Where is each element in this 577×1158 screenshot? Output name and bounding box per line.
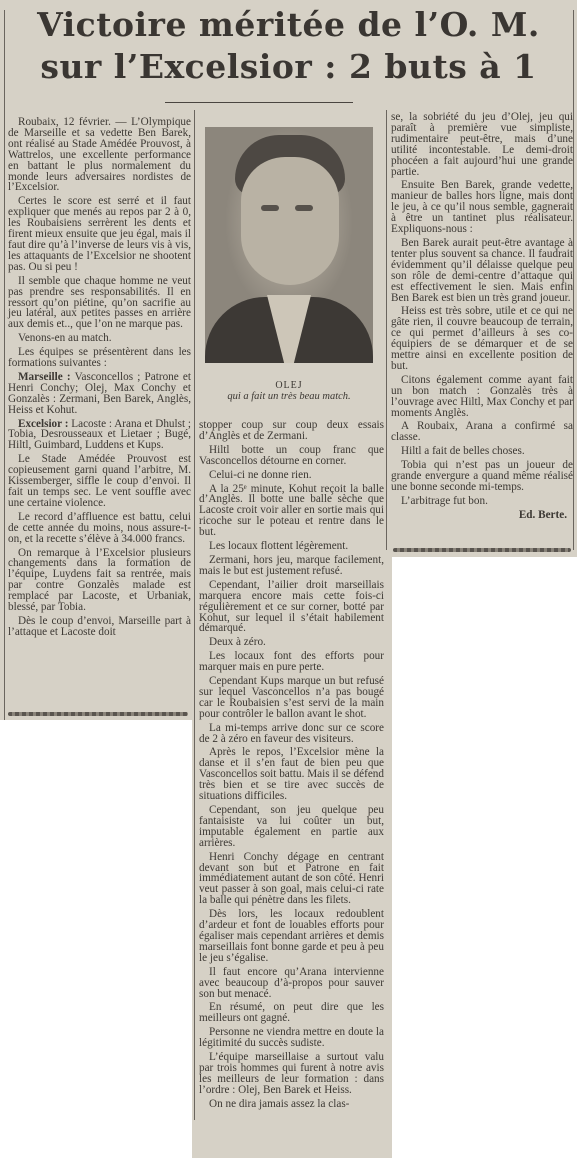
paragraph: Cependant Kups marque un but refusé sur …	[199, 676, 384, 720]
photo-face	[241, 157, 339, 285]
paragraph: On ne dira jamais assez la clas-	[199, 1099, 384, 1110]
paragraph: Les équipes se présentèrent dans les for…	[8, 347, 191, 369]
paragraph: Dès lors, les locaux redoublent d’ardeur…	[199, 909, 384, 964]
paragraph: Ensuite Ben Barek, grande vedette, manie…	[391, 180, 573, 235]
paragraph: L’équipe marseillaise a surtout valu par…	[199, 1052, 384, 1096]
paragraph: Henri Conchy dégage en centrant devant s…	[199, 852, 384, 907]
headline-rule	[165, 102, 353, 103]
paragraph: Il faut encore qu’Arana intervienne avec…	[199, 967, 384, 1000]
paragraph: se, la sobriété du jeu d’Olej, jeu qui p…	[391, 112, 573, 177]
column-rule-left-edge	[4, 10, 5, 720]
paragraph: Le record d’affluence est battu, celui d…	[8, 512, 191, 545]
paragraph: Tobia qui n’est pas un joueur de grande …	[391, 460, 573, 493]
paragraph: Certes le score est serré et il faut exp…	[8, 196, 191, 272]
player-photo	[205, 127, 373, 363]
article-column-middle: stopper coup sur coup deux essais d’Angl…	[199, 420, 384, 1113]
wavy-divider-left	[8, 712, 188, 716]
paragraph: Personne ne viendra mettre en doute la l…	[199, 1027, 384, 1049]
paragraph: En résumé, on peut dire que les meilleur…	[199, 1002, 384, 1024]
paragraph: Ben Barek aurait peut-être avantage à te…	[391, 238, 573, 303]
article-column-left: Roubaix, 12 février. — L’Olympique de Ma…	[8, 117, 191, 641]
photo-caption: OLEJ qui a fait un très beau match.	[200, 380, 378, 403]
column-rule-middle-right	[386, 110, 387, 550]
paragraph: Cependant, l’ailier droit marseillais ma…	[199, 580, 384, 635]
paragraph: Le Stade Amédée Prouvost est copieusemen…	[8, 454, 191, 509]
column-rule-right-edge	[573, 10, 574, 550]
paragraph: Hiltl botte un coup franc que Vasconcell…	[199, 445, 384, 467]
article-headline: Victoire méritée de l’O. M. sur l’Excels…	[0, 4, 577, 88]
caption-name: OLEJ	[200, 380, 378, 391]
paragraph: Les locaux flottent légèrement.	[199, 541, 384, 552]
headline-line-2: sur l’Excelsior : 2 buts à 1	[40, 47, 536, 86]
paragraph: L’arbitrage fut bon.	[391, 496, 573, 507]
caption-text: qui a fait un très beau match.	[200, 391, 378, 403]
paragraph: Les locaux font des efforts pour marquer…	[199, 651, 384, 673]
paragraph: Roubaix, 12 février. — L’Olympique de Ma…	[8, 117, 191, 193]
paragraph: A Roubaix, Arana a confirmé sa classe.	[391, 421, 573, 443]
paragraph: Zermani, hors jeu, marque facilement, ma…	[199, 555, 384, 577]
paragraph: Celui-ci ne donne rien.	[199, 470, 384, 481]
column-rule-left-middle	[194, 110, 195, 1120]
paragraph: Venons-en au match.	[8, 333, 191, 344]
wavy-divider-right	[393, 548, 571, 552]
paragraph: Hiltl a fait de belles choses.	[391, 446, 573, 457]
paragraph: Dès le coup d’envoi, Marseille part à l’…	[8, 616, 191, 638]
article-column-right: se, la sobriété du jeu d’Olej, jeu qui p…	[391, 112, 573, 524]
lineup-marseille: Marseille : Vasconcellos ; Patrone et He…	[8, 372, 191, 416]
photo-eye	[295, 205, 313, 211]
paragraph: Citons également comme ayant fait un bon…	[391, 375, 573, 419]
headline-line-1: Victoire méritée de l’O. M.	[37, 5, 540, 44]
paragraph: A la 25ᵉ minute, Kohut reçoit la balle d…	[199, 484, 384, 539]
paragraph: Deux à zéro.	[199, 637, 384, 648]
author-signature: Ed. Berte.	[391, 510, 573, 521]
paragraph: Après le repos, l’Excelsior mène la dans…	[199, 747, 384, 802]
paragraph: Heiss est très sobre, utile et ce qui ne…	[391, 306, 573, 371]
paragraph: stopper coup sur coup deux essais d’Angl…	[199, 420, 384, 442]
paragraph: On remarque à l’Excelsior plusieurs chan…	[8, 548, 191, 613]
lineup-excelsior: Excelsior : Lacoste : Arana et Dhulst ; …	[8, 419, 191, 452]
photo-eye	[261, 205, 279, 211]
paragraph: La mi-temps arrive donc sur ce score de …	[199, 723, 384, 745]
paragraph: Il semble que chaque homme ne veut pas p…	[8, 276, 191, 331]
paragraph: Cependant, son jeu quelque peu fantaisis…	[199, 805, 384, 849]
